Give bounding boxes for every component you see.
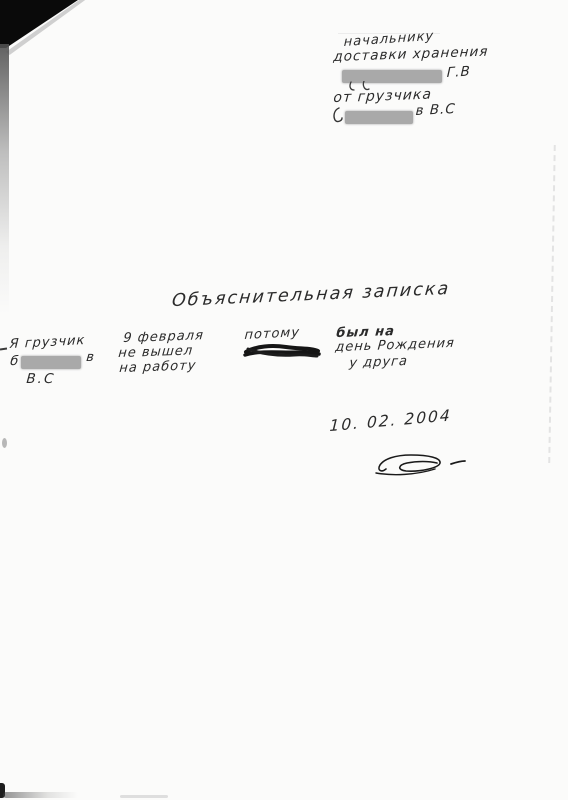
scan-speck	[2, 438, 7, 448]
sender-initials: В.С	[429, 101, 456, 118]
redaction-bar-sender-name	[345, 111, 413, 124]
body-col1-name-fragment-end: в	[85, 350, 95, 365]
scanner-corner-artifact	[0, 0, 120, 60]
body-col1-name-fragment-start: б	[9, 354, 20, 369]
addressee-initials: Г.В	[446, 63, 471, 81]
redaction-bar-body-name	[21, 356, 81, 369]
body-col3-line1: потому	[244, 325, 300, 343]
pen-mark-cutoff	[0, 348, 7, 351]
scan-smudge	[3, 792, 78, 798]
paper-edge-shadow	[0, 44, 9, 314]
scan-smudge	[120, 795, 168, 798]
body-col4-line2: день Рождения	[335, 336, 456, 355]
body-col1-line1: Я грузчик	[9, 333, 86, 352]
body-col4-line3: у друга	[349, 354, 409, 371]
sender-name-fragment: в	[415, 103, 425, 120]
body-col1-initials: В.С	[26, 371, 56, 387]
document-title: Объяснительная записка	[171, 279, 451, 311]
date: 10. 02. 2004	[329, 406, 452, 435]
scanned-document-page: начальнику доставки хранения Г.В от груз…	[0, 0, 568, 800]
signature	[368, 448, 468, 482]
sender-name-line: в В.С	[415, 101, 456, 119]
pen-stroke-remnant	[330, 106, 344, 124]
crossed-out-word	[241, 343, 323, 360]
paper-crease-line	[548, 145, 556, 463]
body-col2-line3: на работу	[119, 358, 197, 376]
